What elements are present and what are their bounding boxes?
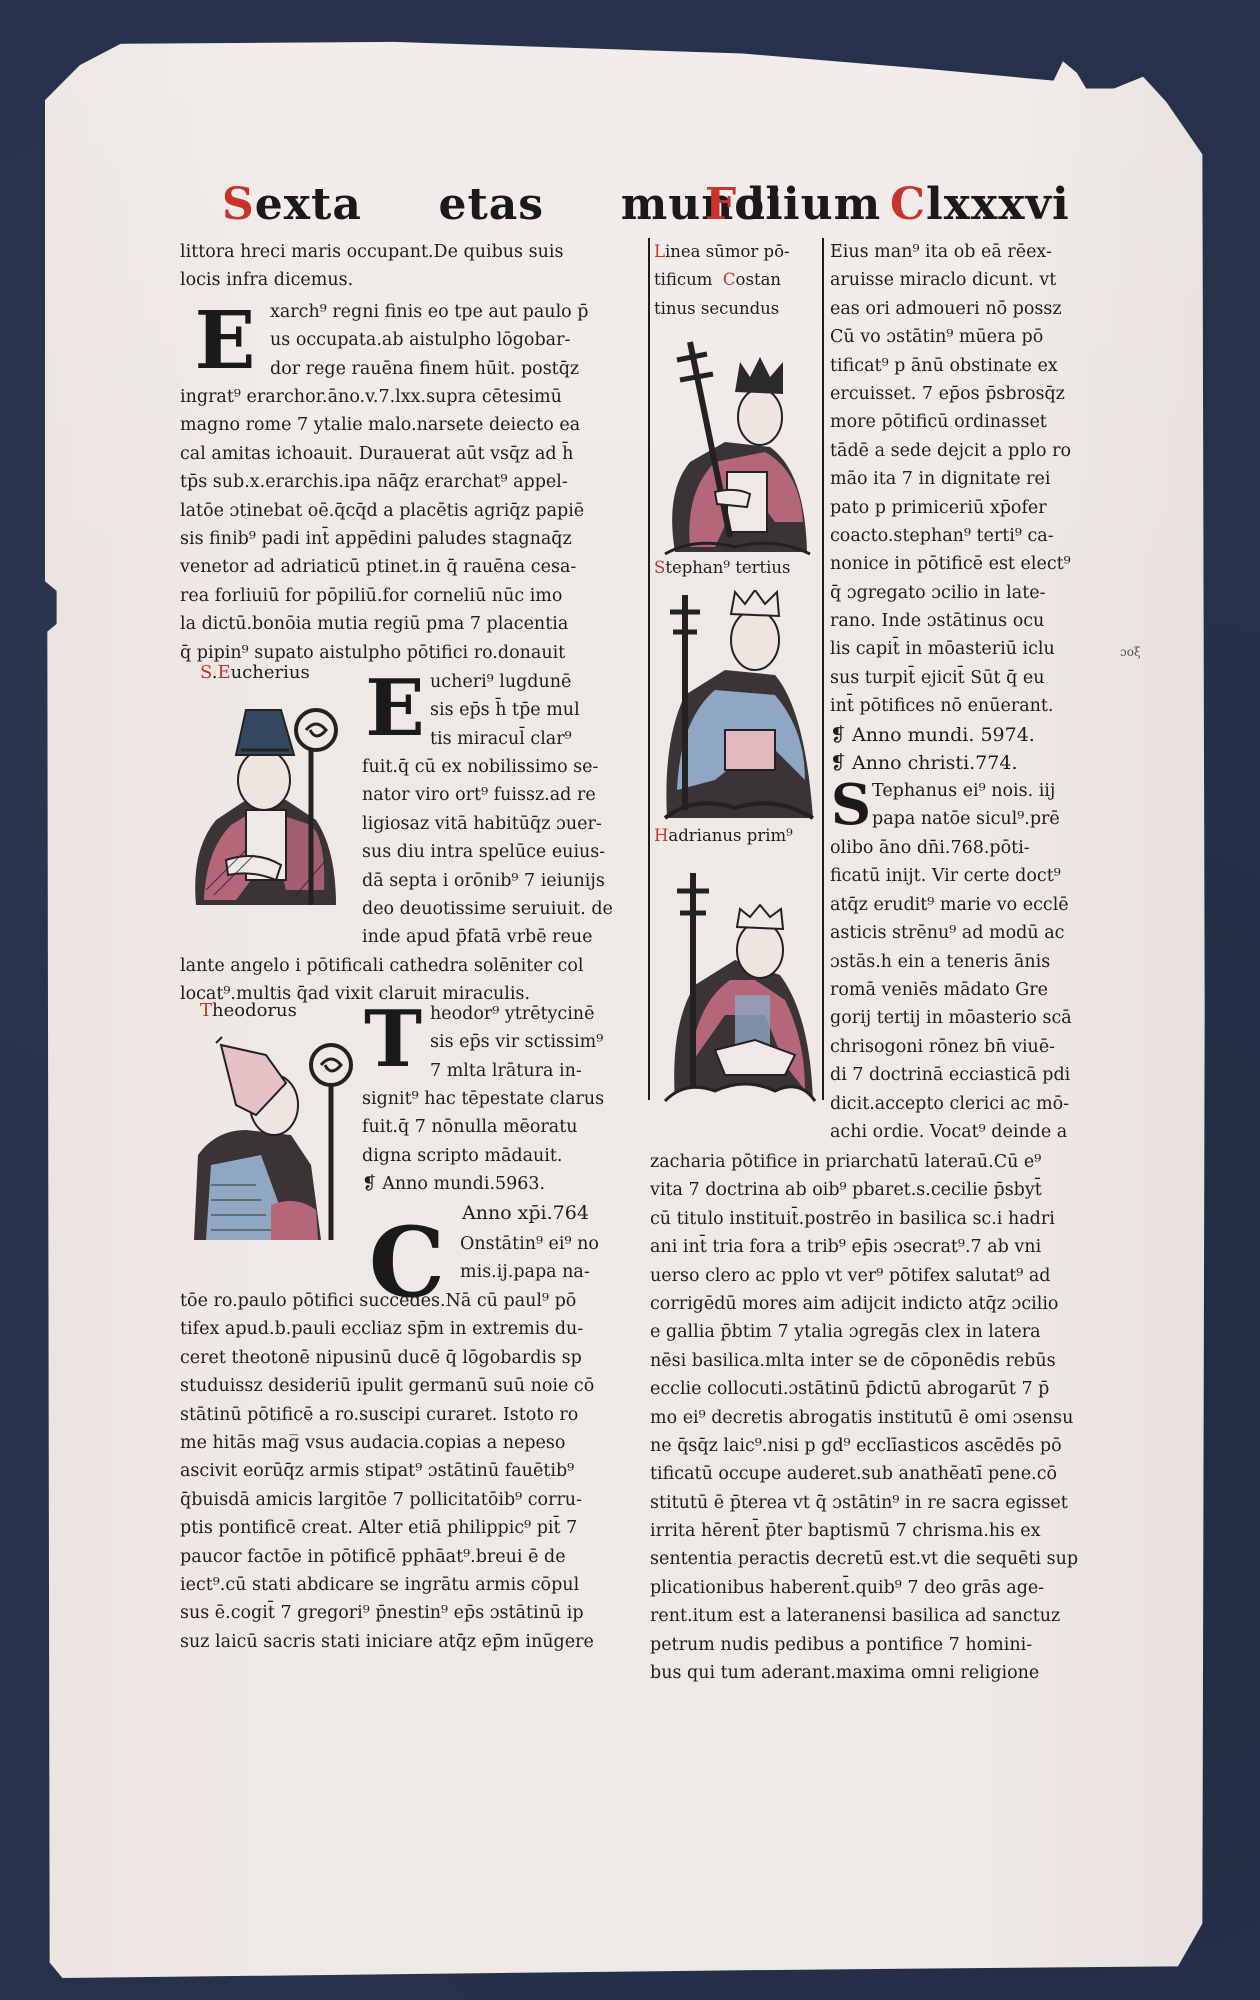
stephanus-indented: Tephanus ei⁹ nois. iij papa natōe sicul⁹… — [872, 777, 1085, 834]
woodcut-pope-hadrianus — [655, 865, 817, 1105]
line-text: ostan — [736, 270, 782, 289]
text-line: ne q̄sq̄z laic⁹.nisi p gd⁹ ecclīasticos … — [650, 1432, 1085, 1460]
text-line: nēsi basilica.mlta inter se de cōponēdis… — [650, 1347, 1085, 1375]
running-head-left: Sexta etas mundi — [222, 180, 784, 230]
caption-stephanus-tertius: Stephan⁹ tertius — [654, 558, 791, 577]
text-line: ecclie collocuti.ɔstātinū p̄dictū abroga… — [650, 1375, 1085, 1403]
text-line: dor rege rauēna finem hūit. postq̄z — [270, 355, 620, 383]
text-line: rano. Inde ɔstātinus ocu — [830, 607, 1085, 635]
text-line: us occupata.ab aistulpho lōgobar- — [270, 326, 620, 354]
text-line: gorij tertij in mōasterio scā — [830, 1004, 1085, 1032]
text-line: dā septa i orōnib⁹ 7 ieiunijs — [362, 867, 620, 895]
text-line: dicit.accepto clerici ac mō- — [830, 1090, 1085, 1118]
text-line: rent.itum est a lateranensi basilica ad … — [650, 1602, 1085, 1630]
text-line: achi ordie. Vocat⁹ deinde a — [830, 1118, 1085, 1146]
rubricated-initial: E — [217, 662, 230, 683]
text-line: tōe ro.paulo pōtifici succedēs.Nā cū pau… — [180, 1287, 620, 1315]
text-line: asticis strēnu⁹ ad modū ac — [830, 919, 1085, 947]
text-line: plicationibus haberent̄.quib⁹ 7 deo grās… — [650, 1574, 1085, 1602]
exarch-paragraph: ingrat⁹ erarchor.āno.v.7.lxx.supra cētes… — [180, 383, 620, 667]
text-line: ercuisset. 7 ep̄os p̄sbrosq̄z — [830, 380, 1085, 408]
text-line: ligiosaz vitā habitūq̄z ɔuer- — [362, 810, 620, 838]
woodcut-bishop-eucherius — [186, 700, 354, 910]
text-line: tādē a sede dejcit a pplo ro — [830, 437, 1085, 465]
running-head-folium: Folium — [705, 180, 881, 230]
text-line: tifex apud.b.pauli eccliaz sp̄m in extre… — [180, 1315, 620, 1343]
line-text: inea sūmor pō- — [665, 242, 790, 261]
exarch-indented: xarch⁹ regni finis eo tpe aut paulo p̄ u… — [270, 298, 620, 383]
right-column-lower: zacharia pōtifice in priarchatū lateraū.… — [650, 1148, 1085, 1687]
text-line: coacto.stephan⁹ terti⁹ ca- — [830, 522, 1085, 550]
caption-text: tephan⁹ tertius — [665, 558, 790, 577]
text-line: 7 mlta lrātura in- — [430, 1057, 620, 1085]
text-line: fuit.q̄ 7 nōnulla mēoratu — [362, 1113, 620, 1141]
text-line: ficatū inijt. Vir certe doct⁹ — [830, 862, 1085, 890]
text-line: magno rome 7 ytalie malo.narsete deiecto… — [180, 411, 620, 439]
text-line: ascivit eorūq̄z armis stipat⁹ ɔstātinū f… — [180, 1457, 620, 1485]
text-line: Tephanus ei⁹ nois. iij — [872, 777, 1085, 805]
pope-portrait-icon — [655, 590, 817, 822]
text-line: locis infra dicemus. — [180, 266, 620, 294]
text-line: atq̄z erudit⁹ marie vo ecclē — [830, 891, 1085, 919]
text-line: nator viro ort⁹ fuissz.ad re — [362, 781, 620, 809]
caption-text: adrianus prim⁹ — [668, 826, 792, 845]
rubricated-initial: H — [654, 826, 668, 845]
eucherius-indented: ucheri⁹ lugdunē sis ep̄s h̄ tp̄e mul tis… — [430, 668, 620, 753]
text-line: more pōtificū ordinasset — [830, 408, 1085, 436]
text-line: corrigēdū mores aim adijcit indicto atq̄… — [650, 1290, 1085, 1318]
text-line: mo ei⁹ decretis abrogatis institutū ē om… — [650, 1404, 1085, 1432]
text-line: ɔstās.h ein a teneris ānis — [830, 948, 1085, 976]
rubricated-initial: S — [654, 558, 665, 577]
text-line: paucor factōe in pōtificē pphāat⁹.breui … — [180, 1543, 620, 1571]
text-line: suz laicū sacris stati iniciare atq̄z ep… — [180, 1628, 620, 1656]
text-line: tificum Costan — [654, 266, 820, 294]
text-line: Onstātin⁹ ei⁹ no — [460, 1230, 620, 1258]
text-line: pato p primiceriū xp̄ofer — [830, 494, 1085, 522]
text-line: nonice in pōtificē est elect⁹ — [830, 550, 1085, 578]
text-line: petrum nudis pedibus a pontifice 7 homin… — [650, 1631, 1085, 1659]
text-line: ptis pontificē creat. Alter etiā philipp… — [180, 1514, 620, 1542]
caption-hadrianus-primus: Hadrianus prim⁹ — [654, 826, 793, 845]
rubricated-initial: S — [200, 662, 212, 683]
constantinus-indented: Onstātin⁹ ei⁹ no mis.ij.papa na- — [460, 1230, 620, 1287]
caption-text: ucherius — [231, 662, 310, 683]
rubricated-initial: F — [705, 179, 735, 230]
text-line: venetor ad adriaticū ptinet.in q̄ rauēna… — [180, 553, 620, 581]
text-line: zacharia pōtifice in priarchatū lateraū.… — [650, 1148, 1085, 1176]
text-line: sus turpit̄ ejicit̄ Sūt q̄ eu — [830, 664, 1085, 692]
text-line: chrisogoni rōnez bn̄ viuē- — [830, 1033, 1085, 1061]
text-line: cal amitas ichoauit. Durauerat aūt vsq̄z… — [180, 440, 620, 468]
text-line: Eius man⁹ ita ob eā rēex- — [830, 238, 1085, 266]
theodorus-indented: heodor⁹ ytrētycinē sis ep̄s vir sctissim… — [430, 1000, 620, 1085]
text-line: signit⁹ hac tēpestate clarus — [362, 1085, 620, 1113]
linea-summorum-header: Linea sūmor pō- tificum Costan tinus sec… — [654, 238, 820, 323]
caption-text: heodorus — [212, 1000, 297, 1021]
folio-number: Clxxxvi — [890, 180, 1070, 230]
text-line: di 7 doctrinā ecciasticā pdi — [830, 1061, 1085, 1089]
anno-text: Anno mundi. 5974. — [852, 724, 1035, 746]
pope-portrait-icon — [655, 865, 817, 1105]
folio-number-text: lxxxvi — [926, 179, 1070, 230]
text-line: deo deuotissime seruiuit. de — [362, 895, 620, 923]
line-text: tificum — [654, 270, 723, 289]
text-line: stitutū ē p̄terea vt q̄ ɔstātin⁹ in re s… — [650, 1489, 1085, 1517]
bishop-portrait-icon — [186, 700, 354, 910]
eucherius-beside-image: fuit.q̄ cū ex nobilissimo se- nator viro… — [362, 753, 620, 952]
text-line: vita 7 doctrina ab oib⁹ pbaret.s.cecilie… — [650, 1176, 1085, 1204]
text-line: iect⁹.cū stati abdicare se ingrātu armis… — [180, 1571, 620, 1599]
bishop-portrait-icon — [186, 1035, 356, 1245]
text-line: uerso clero ac pplo vt ver⁹ pōtifex salu… — [650, 1262, 1085, 1290]
pope-portrait-icon — [655, 322, 817, 557]
margin-annotation: ɔoξ — [1120, 645, 1141, 659]
anno-mundi-5963: ❡ Anno mundi.5963. — [362, 1170, 620, 1198]
text-line: tinus secundus — [654, 295, 820, 323]
anno-text: Anno christi.774. — [852, 752, 1018, 774]
text-line: fuit.q̄ cū ex nobilissimo se- — [362, 753, 620, 781]
drop-cap-e: E — [365, 668, 425, 750]
text-line: cū titulo instituit̄.postrēo in basilica… — [650, 1205, 1085, 1233]
woodcut-pope-stephanus — [655, 590, 817, 822]
text-line: eas ori admoueri nō possz — [830, 295, 1085, 323]
text-line: xarch⁹ regni finis eo tpe aut paulo p̄ — [270, 298, 620, 326]
rubricated-initial: T — [200, 1000, 212, 1021]
text-line: tificatū occupe auderet.sub anathēatī pe… — [650, 1460, 1085, 1488]
text-line: littora hreci maris occupant.De quibus s… — [180, 238, 620, 266]
text-line: int̄ pōtifices nō enūerant. — [830, 692, 1085, 720]
right-column-upper: Eius man⁹ ita ob eā rēex- aruisse miracl… — [830, 238, 1085, 777]
text-line: papa natōe sicul⁹.prē — [872, 805, 1085, 833]
woodcut-pope-constantinus — [655, 322, 817, 557]
rubricated-initial: C — [890, 179, 926, 230]
text-line: ucheri⁹ lugdunē — [430, 668, 620, 696]
text-line: Anno xp̄i.764 — [462, 1199, 622, 1227]
column-rule-left — [648, 238, 650, 1100]
text-line: me hitās mag̅ vsus audacia.copias a nepe… — [180, 1429, 620, 1457]
text-line: romā veniēs mādato Gre — [830, 976, 1085, 1004]
text-line: lis capit̄ in mōasteriū iclu — [830, 635, 1085, 663]
text-line: digna scripto mādauit. — [362, 1142, 620, 1170]
text-line: aruisse miraclo dicunt. vt — [830, 266, 1085, 294]
text-line: Linea sūmor pō- — [654, 238, 820, 266]
text-line: heodor⁹ ytrētycinē — [430, 1000, 620, 1028]
text-line: stātinū pōtificē a ro.suscipi curaret. I… — [180, 1401, 620, 1429]
text-line: studuissz desideriū ipulit germanū suū n… — [180, 1372, 620, 1400]
text-line: Cū vo ɔstātin⁹ mūera pō — [830, 323, 1085, 351]
text-line: sis ep̄s h̄ tp̄e mul — [430, 696, 620, 724]
caption-eucherius: S.Eucherius — [200, 662, 310, 683]
text-line: māo ita 7 in dignitate rei — [830, 465, 1085, 493]
text-line: q̄buisdā amicis largitōe 7 pollicitatōib… — [180, 1486, 620, 1514]
left-intro: littora hreci maris occupant.De quibus s… — [180, 238, 620, 295]
text-line: latōe ɔtinebat oē.q̄cq̄d a placētis agri… — [180, 497, 620, 525]
text-line: ingrat⁹ erarchor.āno.v.7.lxx.supra cētes… — [180, 383, 620, 411]
text-line: q̄ ɔgregato ɔcilio in late- — [830, 579, 1085, 607]
rubricated-initial: C — [723, 270, 736, 289]
drop-cap-s: S — [830, 777, 872, 833]
text-line: sus ē.cogit̄ 7 gregori⁹ p̄nestin⁹ ep̄s ɔ… — [180, 1599, 620, 1627]
text-line: irrita hērent̄ p̄ter baptismū 7 chrisma.… — [650, 1517, 1085, 1545]
stephanus-paragraph: olibo āno dn̄i.768.pōti- ficatū inijt. V… — [830, 834, 1085, 1146]
text-line: la dictū.bonōia mutia regiū pma 7 placen… — [180, 610, 620, 638]
constantinus-paragraph: tōe ro.paulo pōtifici succedēs.Nā cū pau… — [180, 1287, 620, 1656]
anno-text: Anno mundi.5963. — [382, 1174, 545, 1194]
woodcut-bishop-theodorus — [186, 1035, 356, 1245]
rubricated-initial: S — [222, 179, 255, 230]
text-line: inde apud p̄fatā vrbē reue — [362, 923, 620, 951]
text-line: tis miracul̄ clar⁹ — [430, 725, 620, 753]
text-line: mis.ij.papa na- — [460, 1258, 620, 1286]
drop-cap-t: T — [362, 1000, 424, 1080]
anno-christi-764: Anno xp̄i.764 — [462, 1199, 622, 1227]
rubricated-initial: L — [654, 242, 665, 261]
text-line: lante angelo i pōtificali cathedra solēn… — [180, 952, 620, 980]
anno-mundi-5974: ❡ Anno mundi. 5974. — [830, 721, 1085, 749]
text-line: bus qui tum aderant.maxima omni religion… — [650, 1659, 1085, 1687]
text-line: sententia peractis decretū est.vt die se… — [650, 1545, 1085, 1573]
text-line: tificat⁹ p ānū obstinate ex — [830, 352, 1085, 380]
text-line: ani int̄ tria fora a trib⁹ ep̄is ɔsecrat… — [650, 1233, 1085, 1261]
column-rule-right — [822, 238, 824, 1100]
text-line: sis ep̄s vir sctissim⁹ — [430, 1028, 620, 1056]
caption-theodorus: Theodorus — [200, 1000, 297, 1021]
text-line: olibo āno dn̄i.768.pōti- — [830, 834, 1085, 862]
text-line: rea forliuiū for pōpiliū.for corneliū nū… — [180, 582, 620, 610]
folium-label: olium — [735, 179, 881, 230]
text-line: sis finib⁹ padi int̄ appēdini paludes st… — [180, 525, 620, 553]
text-line: ceret theotonē nipusinū ducē q̄ lōgobard… — [180, 1344, 620, 1372]
drop-cap-e: E — [186, 298, 264, 382]
text-line: sus diu intra spelūce euius- — [362, 838, 620, 866]
text-line: tp̄s sub.x.erarchis.ipa nāq̄z erarchat⁹ … — [180, 468, 620, 496]
text-line: e gallia p̄btim 7 ytalia ɔgregās clex in… — [650, 1318, 1085, 1346]
theodorus-text: signit⁹ hac tēpestate clarus fuit.q̄ 7 n… — [362, 1085, 620, 1199]
